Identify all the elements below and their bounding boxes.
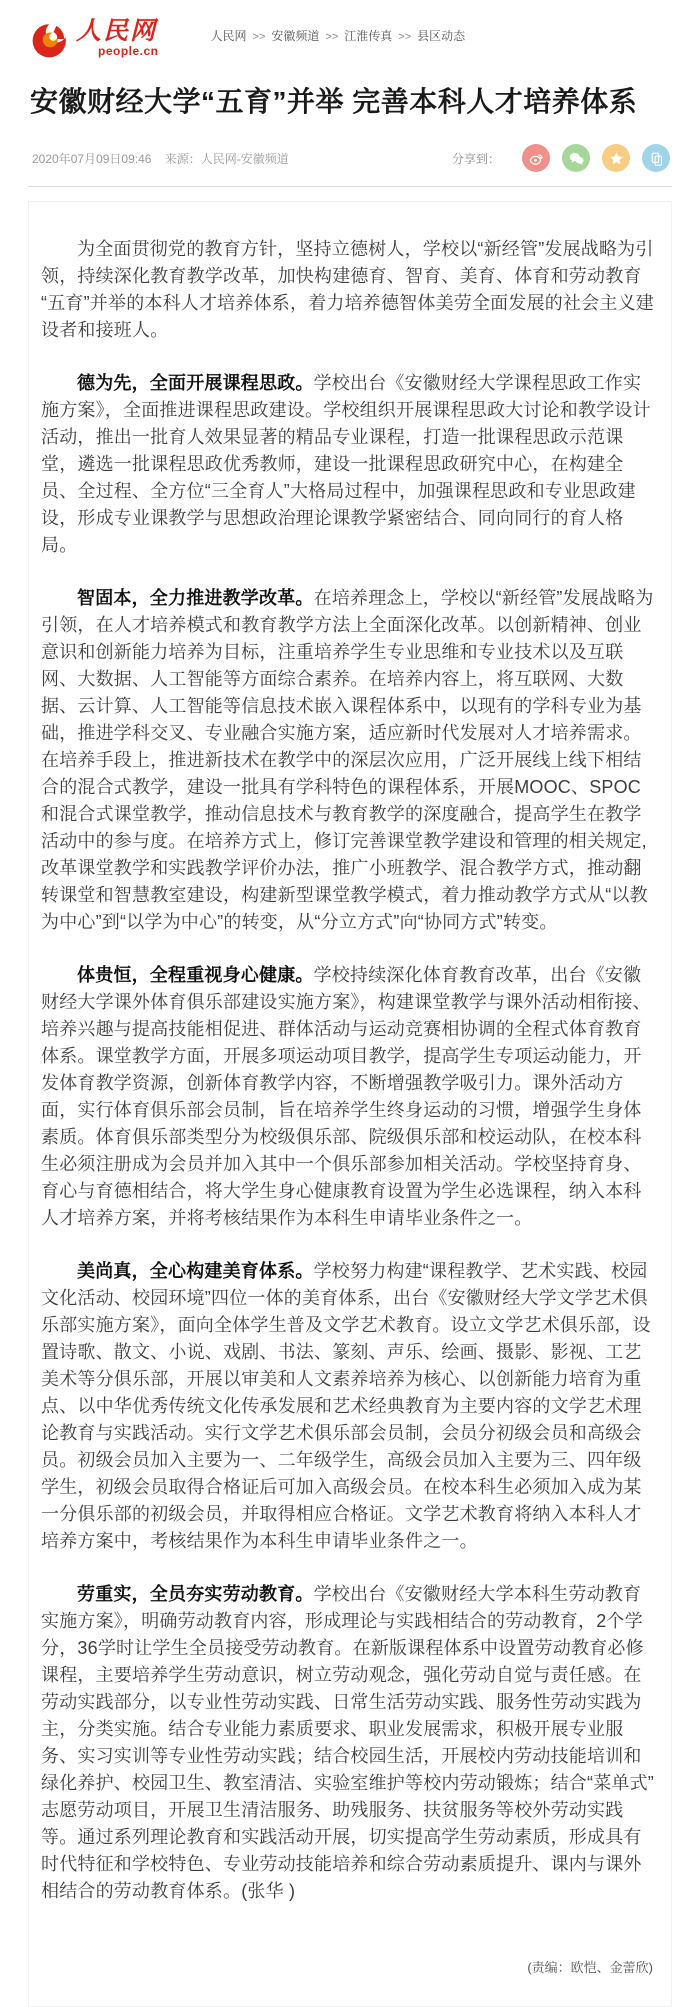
breadcrumb-separator: >>	[325, 31, 338, 43]
paragraph-lead: 体贵恒，全程重视身心健康。	[77, 965, 314, 985]
paragraph: 为全面贯彻党的教育方针，坚持立德树人，学校以“新经管”发展战略为引领，持续深化教…	[41, 236, 659, 344]
publish-date: 2020年07月09日09:46	[32, 152, 151, 166]
paragraph-lead: 德为先，全面开展课程思政。	[77, 373, 314, 393]
site-header: 人民网 people.cn 人民网>>安徽频道>>江淮传真>>县区动态	[0, 0, 700, 62]
source-link[interactable]: 来源：人民网-安徽频道	[165, 152, 289, 166]
page-title: 安徽财经大学“五育”并举 完善本科人才培养体系	[0, 62, 700, 120]
paragraph-lead: 智固本，全力推进教学改革。	[77, 588, 314, 608]
breadcrumb: 人民网>>安徽频道>>江淮传真>>县区动态	[211, 27, 466, 44]
people-cn-logo-icon	[30, 18, 72, 60]
share-box: 分享到：	[452, 144, 670, 172]
copy-mobile-icon[interactable]	[642, 144, 670, 172]
article-meta: 2020年07月09日09:46 来源：人民网-安徽频道	[32, 150, 289, 167]
article-body: 为全面贯彻党的教育方针，坚持立德树人，学校以“新经管”发展战略为引领，持续深化教…	[41, 236, 659, 1905]
header-divider	[28, 186, 672, 187]
breadcrumb-item-subsection[interactable]: 县区动态	[417, 29, 465, 43]
breadcrumb-separator: >>	[253, 31, 266, 43]
meta-row: 2020年07月09日09:46 来源：人民网-安徽频道 分享到：	[0, 120, 700, 186]
paragraph: 美尚真，全心构建美育体系。学校努力构建“课程教学、艺术实践、校园文化活动、校园环…	[41, 1258, 659, 1555]
editors-line: (责编：欧恺、金蕾欣)	[41, 1931, 659, 1980]
breadcrumb-item-section[interactable]: 江淮传真	[344, 29, 392, 43]
breadcrumb-item-home[interactable]: 人民网	[211, 29, 247, 43]
logo-name-en: people.cn	[98, 45, 159, 57]
wechat-icon[interactable]	[562, 144, 590, 172]
paragraph-lead: 美尚真，全心构建美育体系。	[77, 1261, 314, 1281]
paragraph: 智固本，全力推进教学改革。在培养理念上，学校以“新经管”发展战略为引领，在人才培…	[41, 585, 659, 936]
breadcrumb-separator: >>	[398, 31, 411, 43]
logo-name-cn: 人民网	[76, 18, 159, 43]
logo-text: 人民网 people.cn	[76, 18, 159, 57]
qzone-star-icon[interactable]	[602, 144, 630, 172]
breadcrumb-item-channel[interactable]: 安徽频道	[271, 29, 319, 43]
people-cn-logo[interactable]: 人民网 people.cn	[30, 18, 159, 60]
share-label: 分享到：	[452, 150, 500, 167]
weibo-icon[interactable]	[522, 144, 550, 172]
paragraph: 体贵恒，全程重视身心健康。学校持续深化体育教育改革，出台《安徽财经大学课外体育俱…	[41, 962, 659, 1232]
paragraph: 劳重实，全员夯实劳动教育。学校出台《安徽财经大学本科生劳动教育实施方案》，明确劳…	[41, 1581, 659, 1905]
article-box: 为全面贯彻党的教育方针，坚持立德树人，学校以“新经管”发展战略为引领，持续深化教…	[28, 201, 672, 2007]
paragraph-lead: 劳重实，全员夯实劳动教育。	[77, 1584, 314, 1604]
paragraph: 德为先，全面开展课程思政。学校出台《安徽财经大学课程思政工作实施方案》，全面推进…	[41, 370, 659, 559]
article-page: { "header": { "logo": { "name_cn": "人民网"…	[0, 0, 700, 2007]
